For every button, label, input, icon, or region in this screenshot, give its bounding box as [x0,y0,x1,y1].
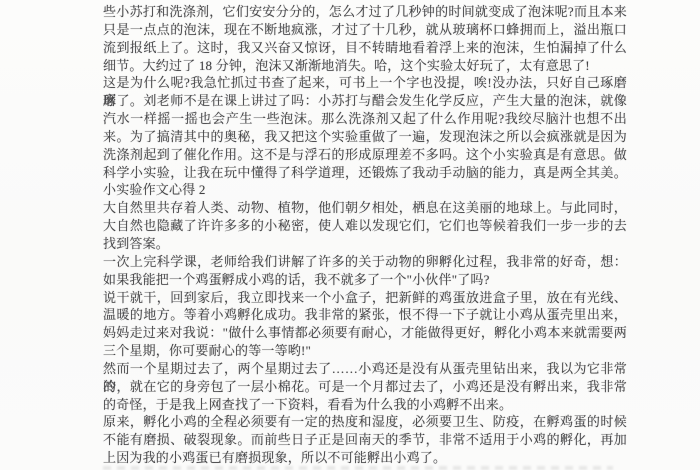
text-line: 一次上完科学课，老师给我们讲解了许多的关于动物的卵孵化过程，我非常的好奇，想： [103,253,627,271]
text-line: 冷，就在它的身旁包了一层小棉花。可是一个月都过去了，小鸡还是没有孵出来，我非常 [103,378,627,396]
essay-text-block: 些小苏打和洗涤剂，它们安安分分的，怎么才过了几秒钟的时间就变成了泡沫呢?而且本来… [103,3,627,467]
document-page: 些小苏打和洗涤剂，它们安安分分的，怎么才过了几秒钟的时间就变成了泡沫呢?而且本来… [0,0,700,470]
text-line: 原来，孵化小鸡的全程必须要有一定的热度和湿度，必须要卫生、防疫，在孵鸡蛋的时候 [103,413,627,431]
section-heading: 小实验作文心得 2 [103,181,627,199]
text-line: 如果我能把一个鸡蛋孵成小鸡的话，我不就多了一个"小伙伴"了吗? [103,271,627,289]
text-line: 大自然里共存着人类、动物、植物，他们朝夕相处，栖息在这美丽的地球上。与此同时， [103,199,627,217]
text-line: 找到答案。 [103,235,627,253]
text-line: 来。为了搞清其中的奥秘，我又把这个实验重做了一遍，发现泡沫之所以会疯涨就是因为 [103,128,627,146]
text-line: 说干就干，回到家后，我立即找来一个小盒子，把新鲜的鸡蛋放进盒子里，放在有光线、 [103,289,627,307]
text-line: 这是为什么呢?我急忙抓过书查了起来，可书上一个字也没提，唉!没办法，只好自己琢磨… [103,74,627,92]
text-line: 大自然也隐藏了许许多多的小秘密，使人难以发现它们，它们也等候着我们一步一步的去 [103,217,627,235]
text-line: 不能有磨损、破裂现象。而前些日子正是回南天的季节，非常不适用于小鸡的孵化，再加 [103,431,627,449]
text-line: 汽水一样摇一摇也会产生一些泡沫。那么洗涤剂又起了什么作用呢?我绞尽脑汁也想不出 [103,110,627,128]
text-line: 只是一点点的泡沫，现在不断地疯涨，才过了十几秒，就从玻璃杯口蜂拥而上，溢出瓶口 [103,21,627,39]
text-line: 科学小实验，让我在玩中懂得了科学道理，还锻炼了我动手动脑的能力，真是两全其美。 [103,164,627,182]
text-line: 流到报纸上了。这时，我又兴奋又惊讶，目不转睛地看着浮上来的泡沫，生怕漏掉了什么 [103,39,627,57]
text-line: 的奇怪，于是我上网查找了一下资料，看看为什么我的小鸡孵不出来。 [103,396,627,414]
text-line: 细节。大约过了 18 分钟，泡沫又渐渐地消失。哈，这个实验太好玩了，太有意思了! [103,57,627,75]
text-line: 洗涤剂起到了催化作用。这不是与浮石的形成原理差不多吗。这个小实验真是有意思。做 [103,146,627,164]
text-line: 妈妈走过来对我说："做什么事情都必须要有耐心，才能做得更好，孵化小鸡本来就需要两 [103,324,627,342]
text-line: 上因为我的小鸡蛋已有磨损现象，所以不可能孵出小鸡了。 [103,449,627,467]
clipped-text-line [103,466,613,470]
text-line: 些小苏打和洗涤剂，它们安安分分的，怎么才过了几秒钟的时间就变成了泡沫呢?而且本来 [103,3,627,21]
text-line: 三个星期，你可要耐心的等一等哟!" [103,342,627,360]
text-line: 温暖的地方。等着小鸡孵化成功。我非常的紧张，恨不得一下子就让小鸡从蛋壳里出来， [103,306,627,324]
text-line: 然而一个星期过去了，两个星期过去了……小鸡还是没有从蛋壳里钻出来，我以为它非常的 [103,360,627,378]
text-line: 磨了。刘老师不是在课上讲过了吗：小苏打与醋会发生化学反应，产生大量的泡沫，就像 [103,92,627,110]
